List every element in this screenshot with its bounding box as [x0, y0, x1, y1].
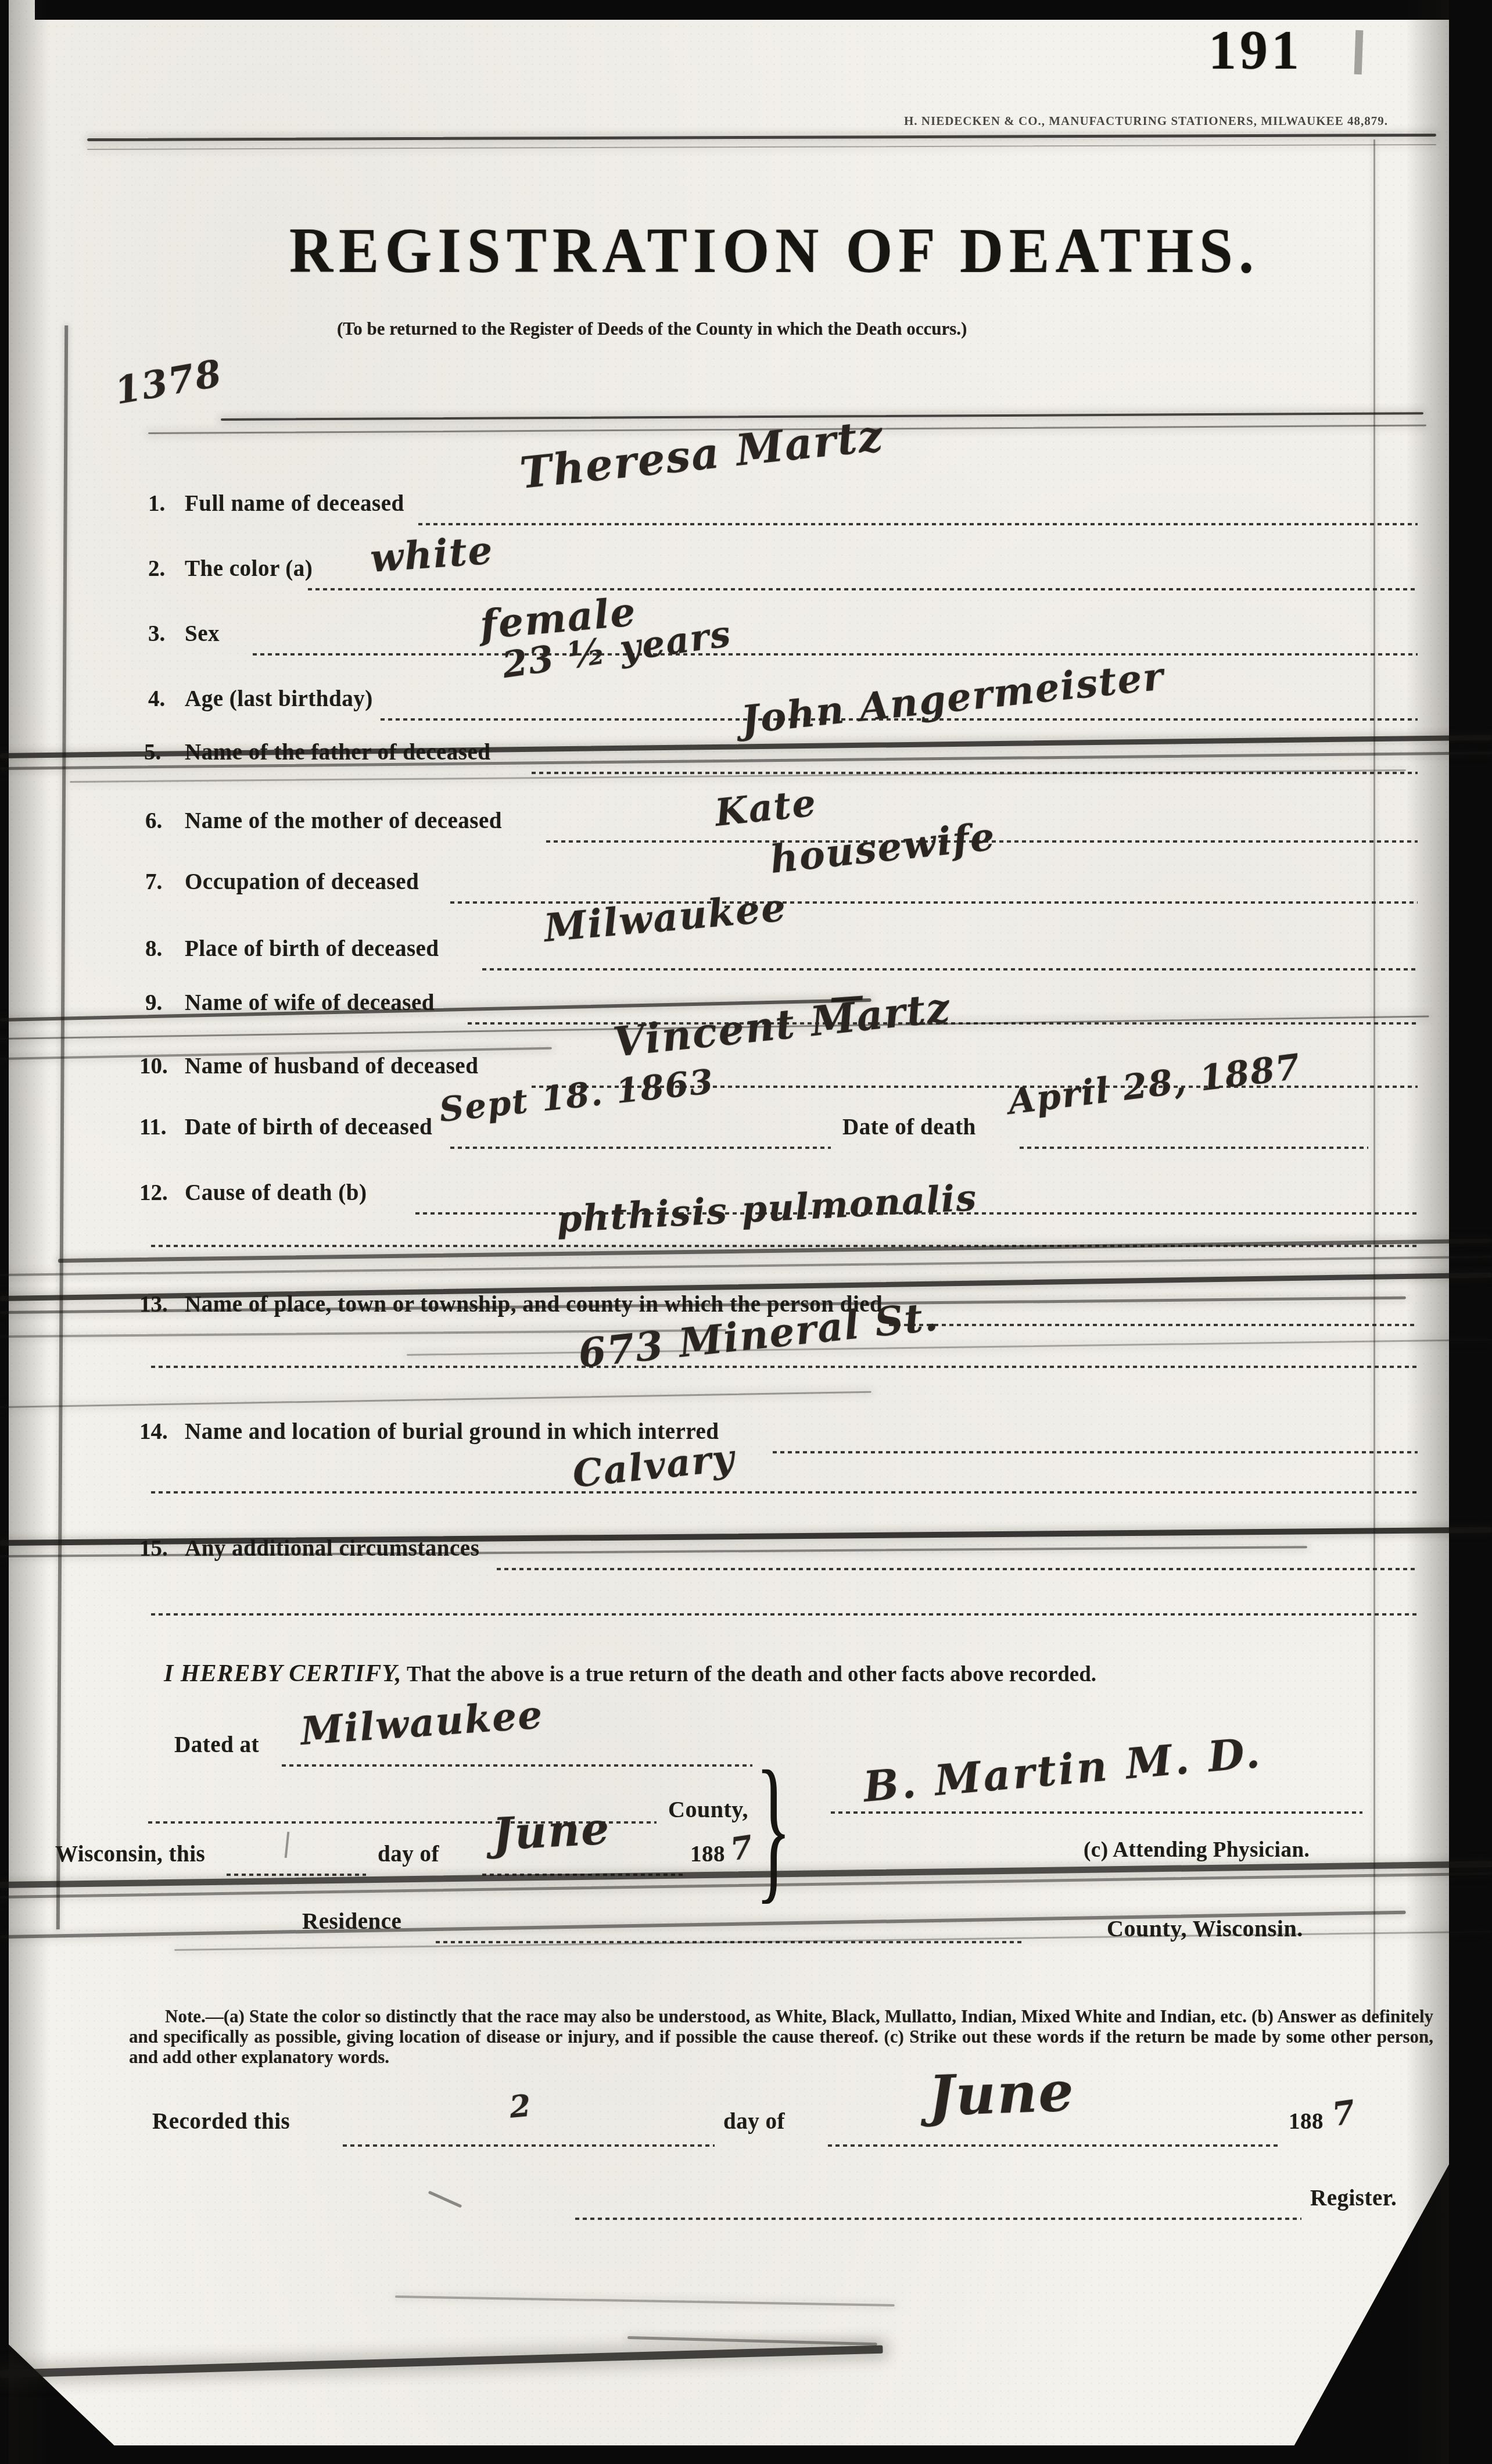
scan-edge-top [35, 0, 1492, 20]
field-1-label: Full name of deceased [185, 490, 404, 517]
field-4-label: Age (last birthday) [185, 686, 373, 712]
day-faint-mark [285, 1832, 290, 1858]
day-of-label: day of [378, 1841, 439, 1867]
record-number: 1378 [112, 352, 225, 413]
field-6-number: 6. [145, 808, 162, 834]
field-11-number: 11. [139, 1114, 167, 1140]
form-title: REGISTRATION OF DEATHS. [289, 214, 1260, 287]
field-15-line [497, 1568, 1418, 1570]
field-15-answer-line [151, 1613, 1418, 1616]
field-10-number: 10. [139, 1053, 168, 1079]
field-14-answer-line [151, 1491, 1418, 1494]
field-6-label: Name of the mother of deceased [185, 808, 502, 834]
smudge-line [395, 2295, 895, 2307]
field-8-label: Place of birth of deceased [185, 936, 439, 962]
field-2-label: The color (a) [185, 556, 313, 582]
day-blank-line [227, 1874, 366, 1876]
right-margin-line [1373, 139, 1375, 2017]
attending-physician-label: (c) Attending Physician. [1084, 1838, 1310, 1863]
field-8-line [482, 968, 1418, 970]
field-1-value: Theresa Martz [518, 411, 886, 499]
sheet-number-fragment [1354, 30, 1364, 74]
dated-at-line [282, 1764, 752, 1767]
stationer-imprint: H. NIEDECKEN & CO., MANUFACTURING STATIO… [904, 114, 1388, 128]
smudge-line [0, 2345, 883, 2378]
smudge-line [407, 1339, 1492, 1356]
field-13-line [889, 1324, 1418, 1326]
certify-lead: I HEREBY CERTIFY, [164, 1660, 402, 1687]
field-7-label: Occupation of deceased [185, 869, 419, 895]
scan-edge-right [1449, 0, 1492, 2464]
physician-signature: B. Martin M. D. [862, 1727, 1264, 1811]
field-8-number: 8. [145, 936, 162, 962]
month-value: June [491, 1803, 611, 1860]
year-printed: 188 [690, 1841, 725, 1867]
recorded-year-written: 7 [1330, 2093, 1359, 2134]
field-11-value: Sept 18. 1863 [437, 1062, 716, 1130]
form-subtitle: (To be returned to the Register of Deeds… [337, 318, 967, 339]
county-brace: } [755, 1735, 791, 1922]
field-11-line [450, 1147, 831, 1149]
recorded-day-of-label: day of [723, 2108, 785, 2134]
field-14-number: 14. [139, 1419, 168, 1445]
left-fold-line [56, 325, 68, 1929]
register-label: Register. [1310, 2185, 1397, 2211]
field-1-line [418, 523, 1418, 525]
field-10-label: Name of husband of deceased [185, 1053, 478, 1079]
county-label: County, [668, 1796, 748, 1823]
scan-edge-left [0, 0, 9, 2464]
death-registration-scan: 191 H. NIEDECKEN & CO., MANUFACTURING ST… [0, 0, 1492, 2464]
register-line [575, 2218, 1301, 2220]
field-14-line [773, 1451, 1418, 1453]
field-3-line [253, 653, 1418, 656]
header-rule-2 [87, 144, 1436, 150]
smudge-line [0, 1391, 871, 1408]
field-14-label: Name and location of burial ground in wh… [185, 1419, 719, 1445]
signature-line [831, 1811, 1362, 1814]
recorded-day-value: 2 [508, 2088, 533, 2125]
field-12-number: 12. [139, 1180, 168, 1206]
recorded-month-line [828, 2144, 1278, 2147]
field-13-answer-line [151, 1366, 1418, 1368]
field-14-value: Calvary [571, 1436, 737, 1496]
field-2-line [308, 588, 1418, 590]
field-5-value: John Angermeister [739, 653, 1167, 743]
field-2-value: white [369, 527, 495, 581]
recorded-month-value: June [927, 2059, 1075, 2129]
field-6-value: Kate [713, 781, 819, 835]
recorded-label: Recorded this [152, 2108, 290, 2134]
year-written: 7 [728, 1828, 756, 1868]
field-11-label-2: Date of death [842, 1114, 976, 1140]
register-flourish-mark [428, 2191, 462, 2208]
footnote-text: Note.—(a) State the color so distinctly … [129, 2006, 1433, 2067]
field-1-number: 1. [148, 490, 165, 517]
field-10-value: Vincent Martz [611, 983, 953, 1066]
certify-statement: I HEREBY CERTIFY, That the above is a tr… [164, 1660, 1096, 1688]
field-4-number: 4. [148, 686, 165, 712]
state-prefix-label: Wisconsin, this [55, 1841, 205, 1867]
certify-rest: That the above is a true return of the d… [402, 1663, 1097, 1686]
field-11-label: Date of birth of deceased [185, 1114, 432, 1140]
scan-shadow-left [9, 0, 49, 2464]
field-2-number: 2. [148, 556, 165, 582]
dated-at-label: Dated at [174, 1732, 259, 1758]
recorded-day-line [343, 2144, 715, 2147]
scan-shadow-right [1406, 0, 1449, 2464]
field-7-number: 7. [145, 869, 162, 895]
recorded-year-printed: 188 [1289, 2108, 1324, 2134]
dated-at-value: Milwaukee [299, 1692, 545, 1754]
header-rule [87, 134, 1436, 141]
sheet-number: 191 [1208, 17, 1303, 82]
field-12-value: phthisis pulmonalis [555, 1176, 978, 1241]
field-3-label: Sex [185, 621, 220, 647]
field-12-label: Cause of death (b) [185, 1180, 367, 1206]
field-3-number: 3. [148, 621, 165, 647]
field-9-number: 9. [145, 990, 162, 1016]
field-8-value: Milwaukee [542, 884, 788, 951]
scan-edge-bottom [0, 2445, 1492, 2464]
field-11-value-2: April 28, 1887 [1006, 1047, 1303, 1123]
smudge-line [627, 2336, 877, 2345]
field-11-line-2 [1020, 1147, 1368, 1149]
county-state-label: County, Wisconsin. [1107, 1915, 1303, 1942]
